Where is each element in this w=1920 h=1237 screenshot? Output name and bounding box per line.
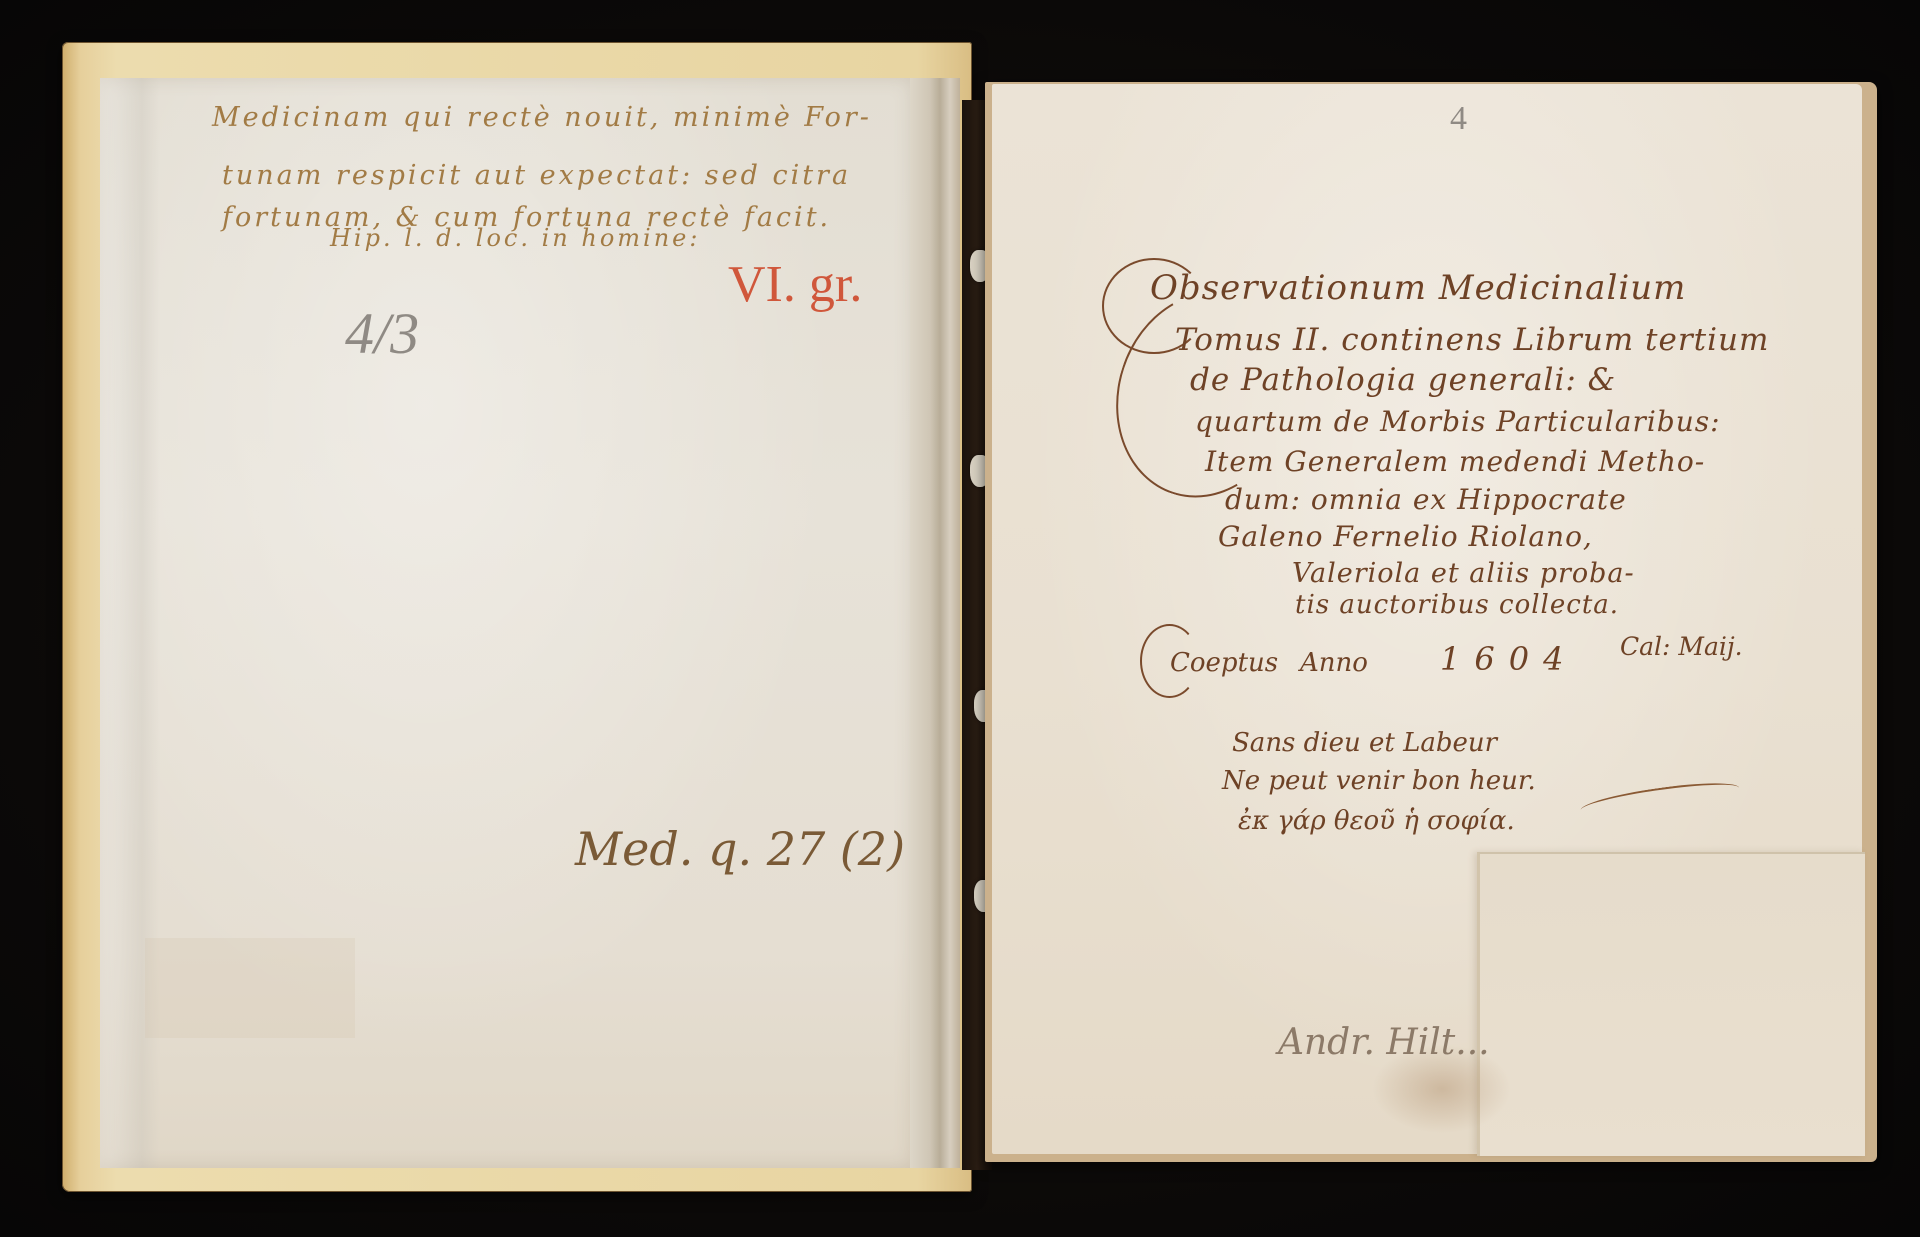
pencil-mark: 4/3: [345, 300, 419, 367]
title-line: Galeno Fernelio Riolano,: [1218, 520, 1593, 553]
red-crayon-mark: VI. gr.: [728, 255, 862, 314]
owner-signature: Andr. Hilt...: [1278, 1022, 1490, 1063]
title-line: Observationum Medicinalium: [1150, 268, 1686, 308]
title-line: quartum de Morbis Particularibus:: [1195, 405, 1721, 438]
date-word: Coeptus: [1170, 648, 1278, 678]
motto-citation: Hip. l. d. loc. in homine:: [330, 224, 700, 252]
page-number: 4: [1450, 100, 1467, 138]
stain-patch: [145, 938, 355, 1038]
date-year: 1604: [1440, 640, 1577, 678]
date-word: Anno: [1300, 648, 1368, 678]
motto-line: tunam respicit aut expectat: sed citra: [222, 160, 851, 191]
title-line: de Pathologia generali: &: [1190, 362, 1616, 398]
folded-leaf-corner: [1477, 852, 1865, 1156]
french-motto-line: Ne peut venir bon heur.: [1222, 766, 1536, 796]
title-line: tis auctoribus collecta.: [1295, 590, 1619, 620]
french-motto-line: Sans dieu et Labeur: [1232, 728, 1497, 758]
spine-hinge: [910, 78, 960, 1168]
shelfmark: Med. q. 27 (2): [575, 822, 905, 876]
title-line: dum: omnia ex Hippocrate: [1225, 483, 1627, 516]
date-day: Cal: Maij.: [1620, 632, 1743, 661]
title-line: Valeriola et aliis proba-: [1292, 558, 1635, 589]
motto-line: Medicinam qui rectè nouit, minimè For-: [212, 102, 872, 133]
title-line: Item Generalem medendi Metho-: [1205, 445, 1705, 478]
title-line: Tomus II. continens Librum tertium: [1175, 322, 1769, 358]
greek-motto-line: ἐκ γάρ θεοῦ ἡ σοφία.: [1238, 806, 1515, 836]
